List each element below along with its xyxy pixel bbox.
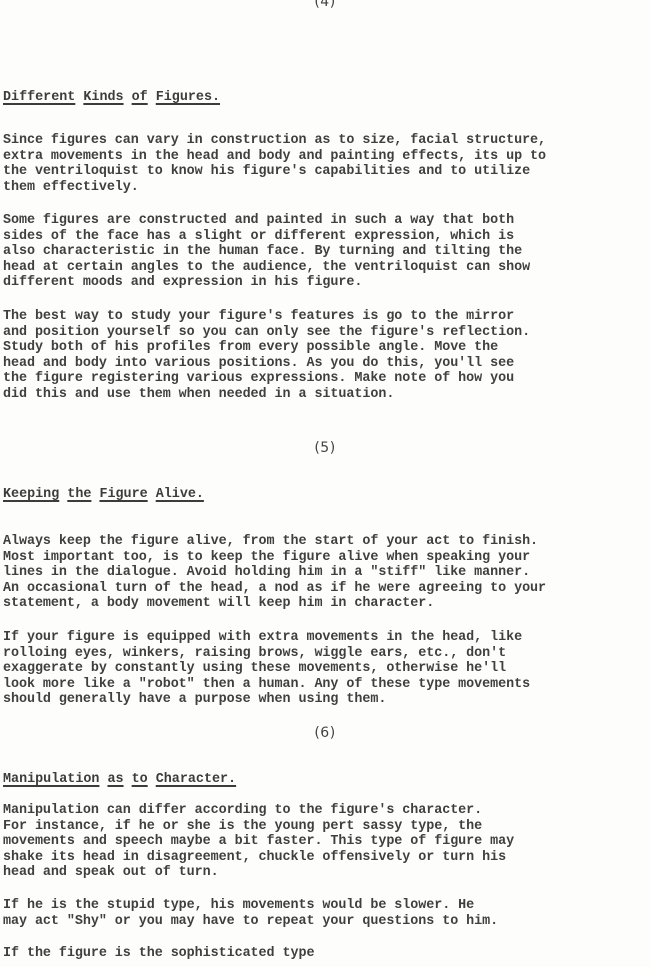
heading-word: of [132,90,148,105]
paragraph: Manipulation can differ according to the… [3,803,650,881]
heading-word: to [132,772,148,787]
heading-word: the [67,487,91,502]
paragraph: Since figures can vary in construction a… [3,133,650,195]
heading-word: Kinds [83,90,123,105]
heading-word: Alive. [156,487,204,502]
section-number-6: (6) [0,725,650,741]
paragraph: The best way to study your figure's feat… [3,309,650,403]
heading-word: Different [3,90,75,105]
section-number-4: (4) [0,0,650,10]
paragraph: If your figure is equipped with extra mo… [3,630,650,708]
typewritten-page: (4) Different Kinds of Figures. Since fi… [0,0,650,967]
heading-word: Manipulation [3,772,99,787]
paragraph: If the figure is the sophisticated type [3,946,650,962]
heading-word: Keeping [3,487,59,502]
section-number-5: (5) [0,440,650,456]
paragraph: Some figures are constructed and painted… [3,213,650,291]
heading-word: Figures. [156,90,220,105]
section-heading-keeping-the-figure-alive: Keeping the Figure Alive. [3,487,204,502]
section-heading-manipulation-as-to-character: Manipulation as to Character. [3,772,236,787]
section-heading-different-kinds-of-figures: Different Kinds of Figures. [3,90,220,105]
heading-word: Character. [156,772,236,787]
heading-word: Figure [99,487,147,502]
heading-word: as [107,772,123,787]
paragraph: Always keep the figure alive, from the s… [3,534,650,612]
paragraph: If he is the stupid type, his movements … [3,898,650,929]
